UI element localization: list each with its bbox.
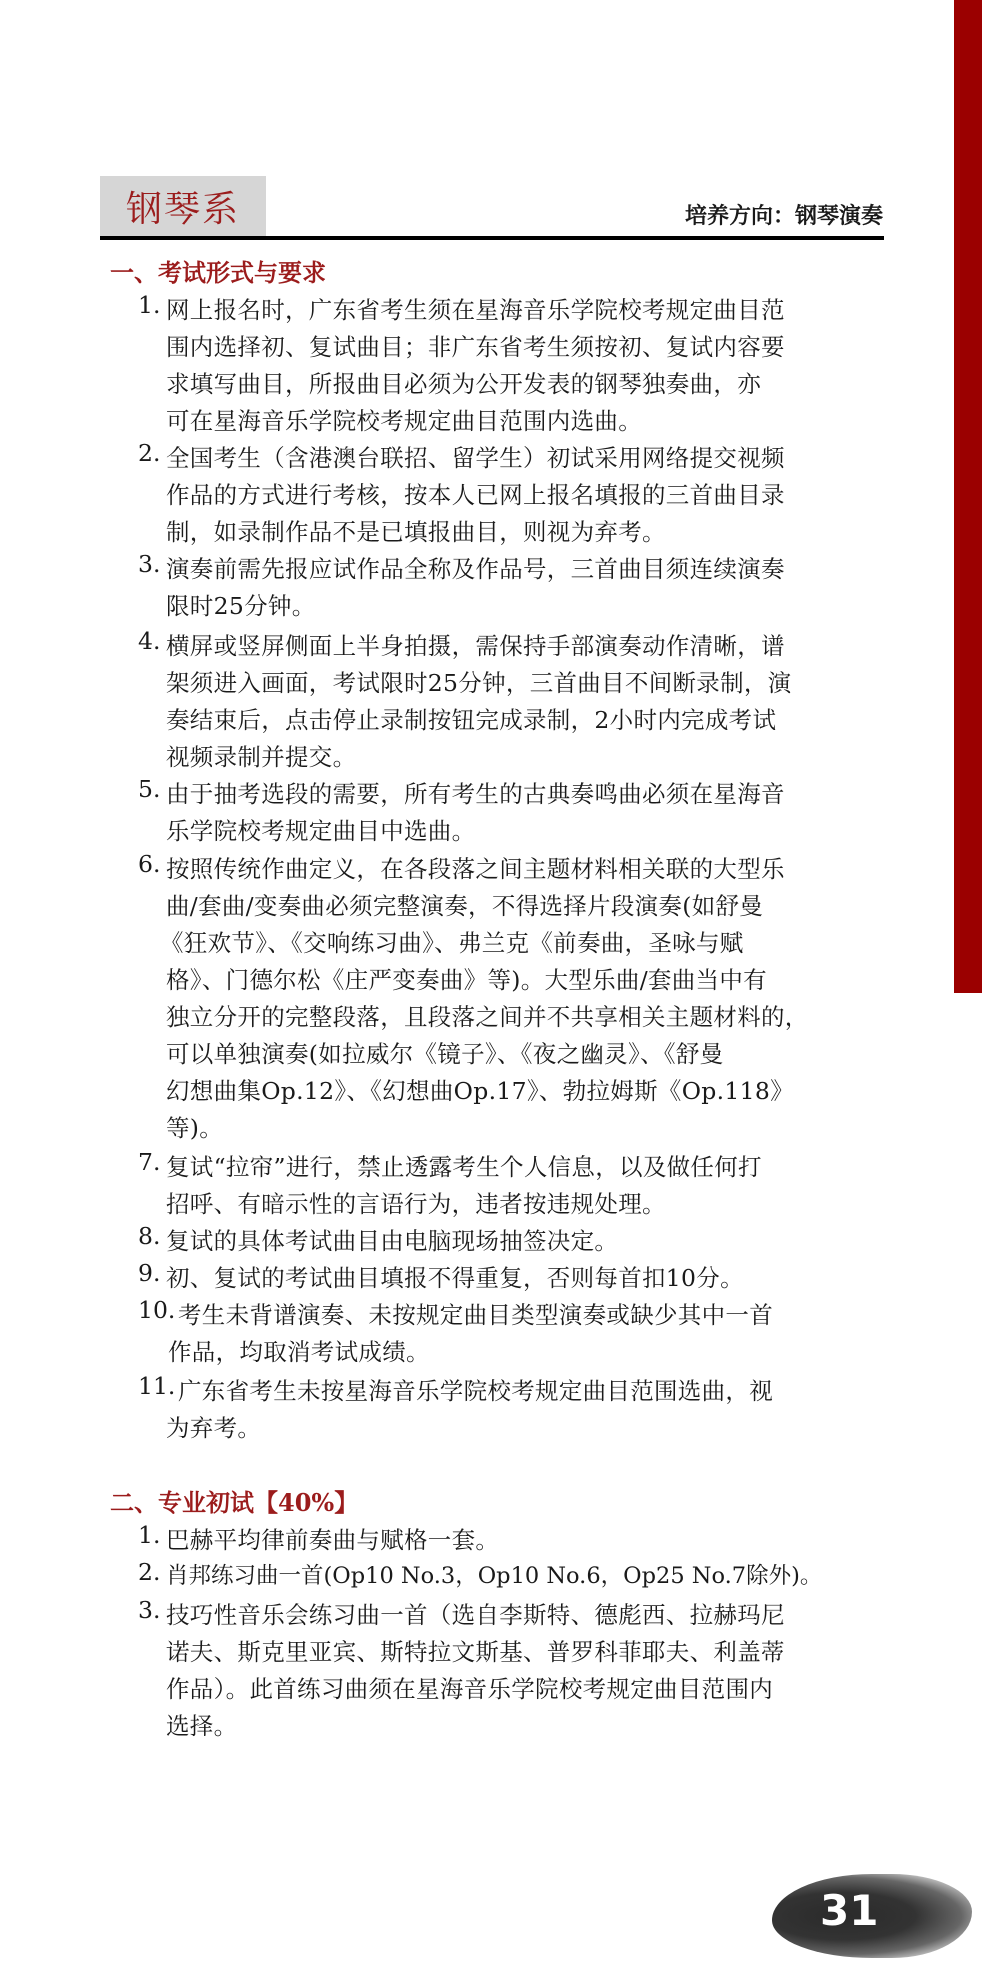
item-text: 乐学院校考规定曲目中选曲。: [166, 812, 475, 846]
item-text: 招呼、有暗示性的言语行为，违者按违规处理。: [166, 1185, 666, 1219]
item-number: 2.: [138, 1558, 160, 1586]
item-text: 格》、门德尔松《庄严变奏曲》等)。大型乐曲/套曲当中有: [166, 961, 767, 995]
department-title: 钢琴系: [126, 181, 240, 232]
item-text: 围内选择初、复试曲目；非广东省考生须按初、复试内容要: [166, 328, 785, 362]
item-text: 诺夫、斯克里亚宾、斯特拉文斯基、普罗科菲耶夫、利盖蒂: [166, 1633, 785, 1667]
item-number: 10.: [138, 1296, 175, 1324]
item-text: 奏结束后，点击停止录制按钮完成录制，2小时内完成考试: [166, 701, 776, 735]
item-text: 复试“拉帘”进行，禁止透露考生个人信息，以及做任何打: [166, 1148, 762, 1182]
item-text: 曲/套曲/变奏曲必须完整演奏，不得选择片段演奏(如舒曼: [166, 887, 763, 921]
item-text: 可以单独演奏(如拉威尔《镜子》、《夜之幽灵》、《舒曼: [166, 1035, 723, 1069]
department-title-box: 钢琴系: [100, 176, 266, 236]
item-number: 2.: [138, 439, 160, 467]
item-text: 视频录制并提交。: [166, 738, 356, 772]
item-text: 全国考生（含港澳台联招、留学生）初试采用网络提交视频: [166, 439, 785, 473]
item-number: 1.: [138, 1521, 160, 1549]
item-text: 《狂欢节》、《交响练习曲》、弗兰克《前奏曲，圣咏与赋: [160, 924, 744, 958]
section-heading-preliminary: 二、专业初试【40%】: [110, 1483, 358, 1518]
item-number: 7.: [138, 1148, 160, 1176]
item-text: 选择。: [166, 1707, 237, 1741]
item-text: 按照传统作曲定义，在各段落之间主题材料相关联的大型乐: [166, 850, 785, 884]
header-divider: [100, 236, 884, 240]
item-number: 3.: [138, 550, 160, 578]
item-text: 等)。: [166, 1109, 223, 1143]
item-text: 幻想曲集Op.12》、《幻想曲Op.17》、勃拉姆斯《Op.118》: [166, 1072, 794, 1106]
item-text: 巴赫平均律前奏曲与赋格一套。: [166, 1521, 499, 1555]
page-number: 31: [820, 1886, 878, 1935]
training-direction: 培养方向：钢琴演奏: [685, 199, 883, 230]
item-number: 11.: [138, 1372, 175, 1400]
item-text: 由于抽考选段的需要，所有考生的古典奏鸣曲必须在星海音: [166, 775, 785, 809]
item-text: 架须进入画面，考试限时25分钟，三首曲目不间断录制，演: [166, 664, 792, 698]
item-text: 考生未背谱演奏、未按规定曲目类型演奏或缺少其中一首: [178, 1296, 773, 1330]
item-number: 3.: [138, 1596, 160, 1624]
item-text: 网上报名时，广东省考生须在星海音乐学院校考规定曲目范: [166, 291, 785, 325]
page-number-badge: 31: [770, 1866, 982, 1965]
item-text: 限时25分钟。: [166, 587, 316, 621]
side-accent-bar: [954, 0, 982, 993]
item-text: 独立分开的完整段落，且段落之间并不共享相关主题材料的，: [166, 998, 809, 1032]
item-text: 作品）。此首练习曲须在星海音乐学院校考规定曲目范围内: [166, 1670, 773, 1704]
item-number: 1.: [138, 291, 160, 319]
item-text: 为弃考。: [166, 1409, 261, 1443]
item-text: 求填写曲目，所报曲目必须为公开发表的钢琴独奏曲，亦: [166, 365, 761, 399]
item-text: 可在星海音乐学院校考规定曲目范围内选曲。: [166, 402, 642, 436]
item-text: 技巧性音乐会练习曲一首（选自李斯特、德彪西、拉赫玛尼: [166, 1596, 785, 1630]
item-number: 9.: [138, 1259, 160, 1287]
item-text: 制，如录制作品不是已填报曲目，则视为弃考。: [166, 513, 666, 547]
item-text: 广东省考生未按星海音乐学院校考规定曲目范围选曲，视: [178, 1372, 773, 1406]
item-text: 肖邦练习曲一首(Op10 No.3，Op10 No.6，Op25 No.7除外)…: [166, 1558, 822, 1590]
item-text: 初、复试的考试曲目填报不得重复，否则每首扣10分。: [166, 1259, 744, 1293]
item-number: 5.: [138, 775, 160, 803]
item-number: 6.: [138, 850, 160, 878]
item-number: 4.: [138, 627, 160, 655]
section-heading-exam-format: 一、考试形式与要求: [110, 253, 326, 288]
item-text: 作品的方式进行考核，按本人已网上报名填报的三首曲目录: [166, 476, 785, 510]
item-text: 作品，均取消考试成绩。: [168, 1333, 430, 1367]
item-number: 8.: [138, 1222, 160, 1250]
item-text: 演奏前需先报应试作品全称及作品号，三首曲目须连续演奏: [166, 550, 785, 584]
item-text: 复试的具体考试曲目由电脑现场抽签决定。: [166, 1222, 618, 1256]
item-text: 横屏或竖屏侧面上半身拍摄，需保持手部演奏动作清晰，谱: [166, 627, 785, 661]
